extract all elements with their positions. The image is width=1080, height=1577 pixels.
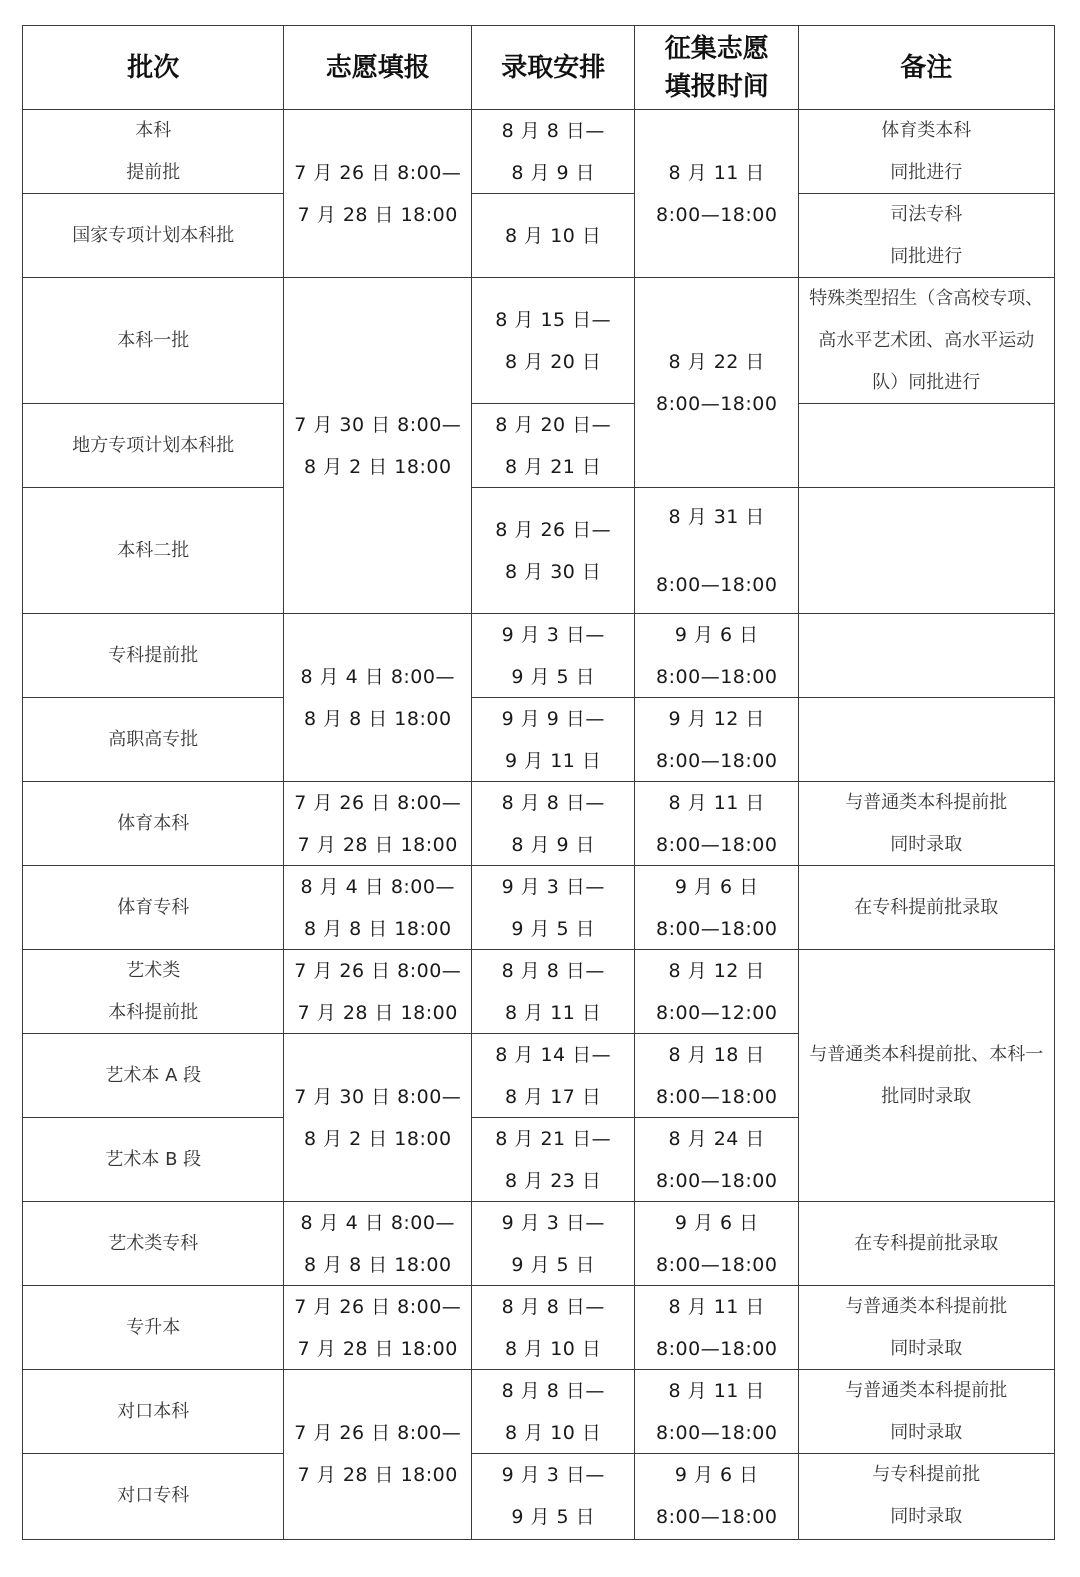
admission-period-cell-line: 8 月 17 日 xyxy=(505,1076,601,1118)
application-period-cell-line: 7 月 26 日 8:00— xyxy=(294,950,461,992)
header-batch-line: 批次 xyxy=(127,49,179,87)
batch-cell: 体育本科 xyxy=(22,781,285,867)
batch-cell: 本科一批 xyxy=(22,277,285,405)
batch-cell-line: 本科 xyxy=(135,110,171,152)
admission-period-cell-line: 8 月 21 日— xyxy=(495,1118,611,1160)
remark-cell-line: 特殊类型招生（含高校专项、 xyxy=(809,278,1043,320)
batch-cell-line: 艺术类 xyxy=(126,950,180,992)
admission-period-cell-line: 9 月 3 日— xyxy=(502,866,605,908)
batch-cell: 体育专科 xyxy=(22,865,285,951)
remark-cell-line: 与普通类本科提前批、本科一 xyxy=(809,1034,1043,1076)
admission-period-cell-line: 8 月 11 日 xyxy=(505,992,601,1034)
supplementary-period-cell-line: 8 月 22 日 xyxy=(669,341,765,383)
remark-cell-line: 与普通类本科提前批 xyxy=(845,782,1007,824)
application-period-cell: 7 月 26 日 8:00—7 月 28 日 18:00 xyxy=(283,781,473,867)
admission-period-cell: 8 月 10 日 xyxy=(471,193,636,279)
supplementary-period-cell-line: 8 月 11 日 xyxy=(669,1370,765,1412)
supplementary-period-cell-line: 8:00—18:00 xyxy=(656,1412,777,1454)
supplementary-period-cell-line: 8 月 31 日 xyxy=(669,496,765,538)
batch-cell: 对口专科 xyxy=(22,1453,285,1540)
admission-period-cell-line: 8 月 9 日 xyxy=(511,824,595,866)
admission-period-cell-line: 8 月 14 日— xyxy=(495,1034,611,1076)
admission-period-cell: 8 月 8 日—8 月 10 日 xyxy=(471,1285,636,1371)
admission-period-cell: 8 月 26 日—8 月 30 日 xyxy=(471,487,636,615)
supplementary-period-cell-line: 8:00—18:00 xyxy=(656,1328,777,1370)
admission-period-cell-line: 8 月 20 日— xyxy=(495,404,611,446)
remark-cell-line: 同批进行 xyxy=(890,152,962,194)
remark-cell-line: 队）同批进行 xyxy=(872,362,980,404)
supplementary-period-cell-line: 8:00—18:00 xyxy=(656,824,777,866)
application-period-cell-line: 7 月 30 日 8:00— xyxy=(294,404,461,446)
admission-period-cell-line: 9 月 5 日 xyxy=(511,656,595,698)
admission-period-cell-line: 8 月 10 日 xyxy=(505,215,601,257)
remark-cell-line: 批同时录取 xyxy=(881,1076,971,1118)
supplementary-period-cell-line: 8:00—18:00 xyxy=(656,656,777,698)
application-period-cell-line: 7 月 26 日 8:00— xyxy=(294,1286,461,1328)
admission-period-cell: 9 月 3 日—9 月 5 日 xyxy=(471,1453,636,1540)
remark-cell: 与专科提前批同时录取 xyxy=(798,1453,1055,1540)
header-remarks: 备注 xyxy=(798,25,1055,111)
remark-cell-line: 同批进行 xyxy=(890,236,962,278)
supplementary-period-cell: 8 月 22 日8:00—18:00 xyxy=(634,277,800,489)
header-application-line: 志愿填报 xyxy=(326,49,430,87)
batch-cell-line: 艺术类专科 xyxy=(108,1223,198,1265)
remark-cell-line: 同时录取 xyxy=(890,1496,962,1538)
batch-cell: 艺术本 A 段 xyxy=(22,1033,285,1119)
admission-period-cell-line: 9 月 5 日 xyxy=(511,1496,595,1538)
batch-cell-line: 对口本科 xyxy=(117,1391,189,1433)
admission-period-cell: 8 月 15 日—8 月 20 日 xyxy=(471,277,636,405)
batch-cell: 专升本 xyxy=(22,1285,285,1371)
remark-cell: 与普通类本科提前批、本科一批同时录取 xyxy=(798,949,1055,1203)
remark-cell xyxy=(798,613,1055,699)
supplementary-period-cell-line: 8 月 24 日 xyxy=(669,1118,765,1160)
remark-cell-line: 同时录取 xyxy=(890,824,962,866)
admission-period-cell-line: 8 月 8 日— xyxy=(502,1370,605,1412)
supplementary-period-cell: 9 月 12 日8:00—18:00 xyxy=(634,697,800,783)
remark-cell: 特殊类型招生（含高校专项、高水平艺术团、高水平运动队）同批进行 xyxy=(798,277,1055,405)
batch-cell-line: 体育专科 xyxy=(117,887,189,929)
batch-cell: 艺术类专科 xyxy=(22,1201,285,1287)
batch-cell-line: 本科提前批 xyxy=(108,992,198,1034)
application-period-cell-line: 8 月 2 日 18:00 xyxy=(304,446,452,488)
admission-period-cell: 8 月 21 日—8 月 23 日 xyxy=(471,1117,636,1203)
admission-period-cell-line: 9 月 11 日 xyxy=(505,740,601,782)
header-admission-line: 录取安排 xyxy=(501,49,605,87)
remark-cell: 在专科提前批录取 xyxy=(798,1201,1055,1287)
header-batch: 批次 xyxy=(22,25,285,111)
batch-cell: 专科提前批 xyxy=(22,613,285,699)
supplementary-period-cell: 9 月 6 日8:00—18:00 xyxy=(634,1201,800,1287)
admission-period-cell-line: 8 月 8 日— xyxy=(502,110,605,152)
admission-period-cell-line: 9 月 3 日— xyxy=(502,1202,605,1244)
application-period-cell-line: 7 月 28 日 18:00 xyxy=(298,824,458,866)
batch-cell-line: 本科二批 xyxy=(117,530,189,572)
admission-period-cell-line: 8 月 8 日— xyxy=(502,950,605,992)
application-period-cell: 8 月 4 日 8:00—8 月 8 日 18:00 xyxy=(283,865,473,951)
batch-cell-line: 地方专项计划本科批 xyxy=(72,425,234,467)
batch-cell-line: 专科提前批 xyxy=(108,635,198,677)
remark-cell xyxy=(798,697,1055,783)
application-period-cell: 7 月 26 日 8:00—7 月 28 日 18:00 xyxy=(283,949,473,1035)
remark-cell: 与普通类本科提前批同时录取 xyxy=(798,1285,1055,1371)
admission-period-cell: 8 月 20 日—8 月 21 日 xyxy=(471,403,636,489)
supplementary-period-cell: 8 月 18 日8:00—18:00 xyxy=(634,1033,800,1119)
supplementary-period-cell: 8 月 12 日8:00—12:00 xyxy=(634,949,800,1035)
application-period-cell: 8 月 4 日 8:00—8 月 8 日 18:00 xyxy=(283,613,473,783)
admission-period-cell-line: 8 月 15 日— xyxy=(495,299,611,341)
supplementary-period-cell-line: 9 月 6 日 xyxy=(675,614,759,656)
admission-period-cell: 9 月 3 日—9 月 5 日 xyxy=(471,613,636,699)
supplementary-period-cell-line: 8 月 12 日 xyxy=(669,950,765,992)
admission-period-cell-line: 9 月 5 日 xyxy=(511,908,595,950)
admission-period-cell: 8 月 8 日—8 月 9 日 xyxy=(471,109,636,195)
supplementary-period-cell-line: 8:00—18:00 xyxy=(656,1160,777,1202)
application-period-cell-line: 7 月 28 日 18:00 xyxy=(298,1454,458,1496)
admission-period-cell-line: 8 月 20 日 xyxy=(505,341,601,383)
remark-cell-line: 在专科提前批录取 xyxy=(854,1223,998,1265)
supplementary-period-cell-line: 8:00—18:00 xyxy=(656,1496,777,1538)
admission-period-cell-line: 8 月 8 日— xyxy=(502,782,605,824)
application-period-cell-line: 8 月 2 日 18:00 xyxy=(304,1118,452,1160)
application-period-cell: 7 月 26 日 8:00—7 月 28 日 18:00 xyxy=(283,1369,473,1540)
remark-cell: 司法专科同批进行 xyxy=(798,193,1055,279)
admission-period-cell-line: 8 月 8 日— xyxy=(502,1286,605,1328)
supplementary-period-cell-line: 8 月 11 日 xyxy=(669,152,765,194)
batch-cell-line: 本科一批 xyxy=(117,320,189,362)
admission-period-cell: 9 月 3 日—9 月 5 日 xyxy=(471,1201,636,1287)
batch-cell-line: 国家专项计划本科批 xyxy=(72,215,234,257)
supplementary-period-cell-line: 9 月 6 日 xyxy=(675,866,759,908)
supplementary-period-cell-line: 9 月 6 日 xyxy=(675,1202,759,1244)
header-supplementary: 征集志愿填报时间 xyxy=(634,25,800,111)
admission-period-cell-line: 8 月 9 日 xyxy=(511,152,595,194)
batch-cell: 国家专项计划本科批 xyxy=(22,193,285,279)
application-period-cell-line: 8 月 8 日 18:00 xyxy=(304,1244,452,1286)
admission-period-cell-line: 8 月 26 日— xyxy=(495,509,611,551)
remark-cell xyxy=(798,403,1055,489)
application-period-cell: 7 月 26 日 8:00—7 月 28 日 18:00 xyxy=(283,1285,473,1371)
remark-cell-line: 体育类本科 xyxy=(881,110,971,152)
batch-cell: 本科提前批 xyxy=(22,109,285,195)
remark-cell-line: 同时录取 xyxy=(890,1328,962,1370)
supplementary-period-cell: 8 月 24 日8:00—18:00 xyxy=(634,1117,800,1203)
header-supplementary-line: 填报时间 xyxy=(665,68,769,106)
supplementary-period-cell-line: 8:00—18:00 xyxy=(656,564,777,606)
batch-cell-line: 提前批 xyxy=(126,152,180,194)
admission-period-cell-line: 8 月 21 日 xyxy=(505,446,601,488)
admission-period-cell-line: 9 月 5 日 xyxy=(511,1244,595,1286)
batch-cell-line: 艺术本 B 段 xyxy=(105,1139,201,1181)
supplementary-period-cell-line: 8:00—18:00 xyxy=(656,908,777,950)
batch-cell: 地方专项计划本科批 xyxy=(22,403,285,489)
admission-period-cell-line: 8 月 23 日 xyxy=(505,1160,601,1202)
batch-cell: 艺术类本科提前批 xyxy=(22,949,285,1035)
admission-period-cell-line: 9 月 3 日— xyxy=(502,1454,605,1496)
remark-cell-line: 司法专科 xyxy=(890,194,962,236)
supplementary-period-cell-line: 9 月 12 日 xyxy=(669,698,765,740)
supplementary-period-cell-line: 8:00—18:00 xyxy=(656,1076,777,1118)
application-period-cell-line: 8 月 8 日 18:00 xyxy=(304,698,452,740)
application-period-cell-line: 7 月 28 日 18:00 xyxy=(298,194,458,236)
header-remarks-line: 备注 xyxy=(900,49,952,87)
admission-period-cell-line: 9 月 9 日— xyxy=(502,698,605,740)
supplementary-period-cell-line: 8:00—18:00 xyxy=(656,383,777,425)
supplementary-period-cell: 8 月 11 日8:00—18:00 xyxy=(634,1285,800,1371)
admission-period-cell: 8 月 8 日—8 月 10 日 xyxy=(471,1369,636,1455)
header-admission: 录取安排 xyxy=(471,25,636,111)
application-period-cell: 7 月 30 日 8:00—8 月 2 日 18:00 xyxy=(283,1033,473,1203)
remark-cell: 在专科提前批录取 xyxy=(798,865,1055,951)
supplementary-period-cell-line: 8 月 18 日 xyxy=(669,1034,765,1076)
remark-cell-line: 与专科提前批 xyxy=(872,1454,980,1496)
remark-cell xyxy=(798,487,1055,615)
application-period-cell-line: 7 月 26 日 8:00— xyxy=(294,1412,461,1454)
supplementary-period-cell: 8 月 11 日8:00—18:00 xyxy=(634,1369,800,1455)
supplementary-period-cell-line: 8:00—12:00 xyxy=(656,992,777,1034)
batch-cell: 高职高专批 xyxy=(22,697,285,783)
admission-schedule-table: 批次志愿填报录取安排征集志愿填报时间备注本科提前批国家专项计划本科批本科一批地方… xyxy=(0,0,1080,1577)
batch-cell-line: 体育本科 xyxy=(117,803,189,845)
application-period-cell-line: 8 月 4 日 8:00— xyxy=(300,656,455,698)
admission-period-cell: 9 月 9 日—9 月 11 日 xyxy=(471,697,636,783)
batch-cell-line: 对口专科 xyxy=(117,1475,189,1517)
admission-period-cell: 8 月 8 日—8 月 11 日 xyxy=(471,949,636,1035)
application-period-cell-line: 8 月 8 日 18:00 xyxy=(304,908,452,950)
application-period-cell-line: 8 月 4 日 8:00— xyxy=(300,1202,455,1244)
admission-period-cell-line: 8 月 10 日 xyxy=(505,1412,601,1454)
application-period-cell-line: 7 月 28 日 18:00 xyxy=(298,1328,458,1370)
batch-cell-line: 高职高专批 xyxy=(108,719,198,761)
application-period-cell-line: 7 月 28 日 18:00 xyxy=(298,992,458,1034)
application-period-cell-line: 7 月 26 日 8:00— xyxy=(294,152,461,194)
supplementary-period-cell-line: 8:00—18:00 xyxy=(656,740,777,782)
application-period-cell: 8 月 4 日 8:00—8 月 8 日 18:00 xyxy=(283,1201,473,1287)
supplementary-period-cell-line: 8:00—18:00 xyxy=(656,1244,777,1286)
admission-period-cell-line: 8 月 10 日 xyxy=(505,1328,601,1370)
remark-cell-line: 在专科提前批录取 xyxy=(854,887,998,929)
supplementary-period-cell: 8 月 11 日8:00—18:00 xyxy=(634,109,800,279)
supplementary-period-cell: 8 月 31 日8:00—18:00 xyxy=(634,487,800,615)
application-period-cell-line: 7 月 26 日 8:00— xyxy=(294,782,461,824)
admission-period-cell: 8 月 8 日—8 月 9 日 xyxy=(471,781,636,867)
application-period-cell-line: 7 月 30 日 8:00— xyxy=(294,1076,461,1118)
application-period-cell: 7 月 30 日 8:00—8 月 2 日 18:00 xyxy=(283,277,473,615)
batch-cell: 对口本科 xyxy=(22,1369,285,1455)
admission-period-cell: 8 月 14 日—8 月 17 日 xyxy=(471,1033,636,1119)
supplementary-period-cell: 9 月 6 日8:00—18:00 xyxy=(634,613,800,699)
admission-period-cell: 9 月 3 日—9 月 5 日 xyxy=(471,865,636,951)
batch-cell-line: 专升本 xyxy=(126,1307,180,1349)
application-period-cell: 7 月 26 日 8:00—7 月 28 日 18:00 xyxy=(283,109,473,279)
batch-cell-line: 艺术本 A 段 xyxy=(105,1055,201,1097)
supplementary-period-cell: 9 月 6 日8:00—18:00 xyxy=(634,865,800,951)
supplementary-period-cell: 8 月 11 日8:00—18:00 xyxy=(634,781,800,867)
supplementary-period-cell: 9 月 6 日8:00—18:00 xyxy=(634,1453,800,1540)
remark-cell: 与普通类本科提前批同时录取 xyxy=(798,781,1055,867)
remark-cell: 体育类本科同批进行 xyxy=(798,109,1055,195)
supplementary-period-cell-line: 9 月 6 日 xyxy=(675,1454,759,1496)
header-supplementary-line: 征集志愿 xyxy=(665,30,769,68)
header-application: 志愿填报 xyxy=(283,25,473,111)
supplementary-period-cell-line: 8:00—18:00 xyxy=(656,194,777,236)
remark-cell-line: 与普通类本科提前批 xyxy=(845,1370,1007,1412)
batch-cell: 本科二批 xyxy=(22,487,285,615)
supplementary-period-cell-line: 8 月 11 日 xyxy=(669,782,765,824)
remark-cell-line: 高水平艺术团、高水平运动 xyxy=(818,320,1034,362)
application-period-cell-line: 8 月 4 日 8:00— xyxy=(300,866,455,908)
supplementary-period-cell-line: 8 月 11 日 xyxy=(669,1286,765,1328)
admission-period-cell-line: 9 月 3 日— xyxy=(502,614,605,656)
batch-cell: 艺术本 B 段 xyxy=(22,1117,285,1203)
remark-cell-line: 与普通类本科提前批 xyxy=(845,1286,1007,1328)
admission-period-cell-line: 8 月 30 日 xyxy=(505,551,601,593)
remark-cell-line: 同时录取 xyxy=(890,1412,962,1454)
remark-cell: 与普通类本科提前批同时录取 xyxy=(798,1369,1055,1455)
